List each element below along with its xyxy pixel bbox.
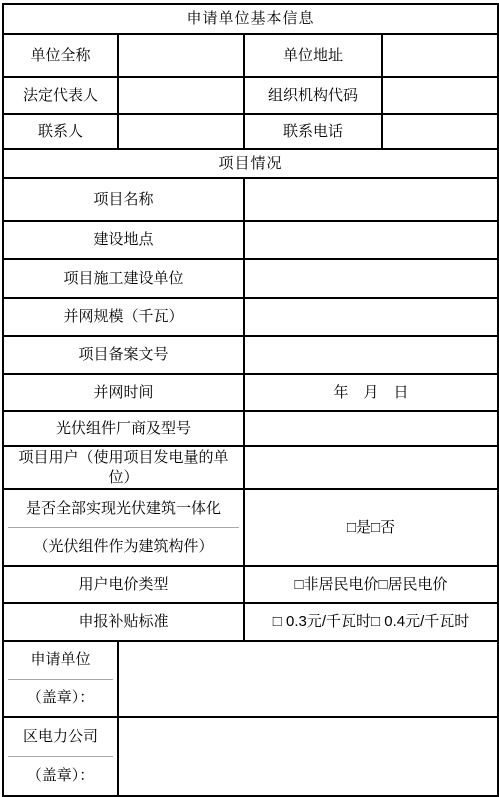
filing-number-label: 项目备案文号 [3, 336, 244, 374]
table-row: 是否全部实现光伏建筑一体化 （光伏组件作为建筑构件） □是□否 [3, 489, 498, 566]
bipv-label-line2: （光伏组件作为建筑构件） [8, 527, 239, 565]
subsidy-checkbox-0-4[interactable]: □ 0.4元/千瓦时 [371, 613, 469, 630]
construction-unit-input-cell[interactable] [244, 259, 498, 298]
grid-connection-date-input-cell[interactable]: 年 月 日 [244, 374, 498, 411]
table-row: 联系人 联系电话 [3, 114, 498, 149]
applicant-seal-input-cell[interactable] [118, 641, 498, 717]
table-row: 用户电价类型 □非居民电价□居民电价 [3, 566, 498, 603]
pv-module-model-label: 光伏组件厂商及型号 [3, 411, 244, 446]
price-type-label: 用户电价类型 [3, 566, 244, 603]
table-row: 项目用户（使用项目发电量的单位） [3, 446, 498, 489]
unit-full-name-label: 单位全称 [3, 34, 118, 77]
construction-site-label: 建设地点 [3, 221, 244, 259]
table-row: 项目施工建设单位 [3, 259, 498, 298]
filing-number-input-cell[interactable] [244, 336, 498, 374]
project-name-input-cell[interactable] [244, 178, 498, 221]
construction-unit-label: 项目施工建设单位 [3, 259, 244, 298]
table-row: 建设地点 [3, 221, 498, 259]
table-row: 并网时间 年 月 日 [3, 374, 498, 411]
project-user-input-cell[interactable] [244, 446, 498, 489]
table-row: 光伏组件厂商及型号 [3, 411, 498, 446]
bipv-options-cell: □是□否 [244, 489, 498, 566]
table-row: 申报补贴标准 □ 0.3元/千瓦时□ 0.4元/千瓦时 [3, 603, 498, 641]
table-row: 单位全称 单位地址 [3, 34, 498, 77]
project-user-label: 项目用户（使用项目发电量的单位） [3, 446, 244, 489]
table-row: 项目名称 [3, 178, 498, 221]
district-power-company-line1: 区电力公司 [8, 718, 113, 756]
applicant-seal-label: 申请单位 （盖章）： [3, 641, 118, 717]
bipv-label: 是否全部实现光伏建筑一体化 （光伏组件作为建筑构件） [3, 489, 244, 566]
unit-address-label: 单位地址 [244, 34, 382, 77]
bipv-checkbox-yes[interactable]: □是 [347, 519, 371, 536]
org-code-label: 组织机构代码 [244, 77, 382, 114]
table-row: 并网规模（千瓦） [3, 298, 498, 336]
project-name-label: 项目名称 [3, 178, 244, 221]
district-power-company-line2: （盖章）： [8, 756, 113, 795]
unit-full-name-input-cell[interactable] [118, 34, 244, 77]
contact-person-input-cell[interactable] [118, 114, 244, 149]
district-power-company-input-cell[interactable] [118, 717, 498, 796]
construction-site-input-cell[interactable] [244, 221, 498, 259]
legal-representative-label: 法定代表人 [3, 77, 118, 114]
section-header-basic-info: 申请单位基本信息 [3, 4, 498, 34]
subsidy-options-cell: □ 0.3元/千瓦时□ 0.4元/千瓦时 [244, 603, 498, 641]
grid-connection-date-label: 并网时间 [3, 374, 244, 411]
price-type-checkbox-non-resident[interactable]: □非居民电价 [294, 576, 378, 593]
application-form-table: 申请单位基本信息 单位全称 单位地址 法定代表人 组织机构代码 联系人 联系电话… [2, 3, 499, 797]
applicant-seal-line2: （盖章）： [8, 679, 113, 717]
district-power-company-seal-label: 区电力公司 （盖章）： [3, 717, 118, 796]
form-page: 申请单位基本信息 单位全称 单位地址 法定代表人 组织机构代码 联系人 联系电话… [0, 0, 499, 797]
grid-capacity-input-cell[interactable] [244, 298, 498, 336]
pv-module-model-input-cell[interactable] [244, 411, 498, 446]
org-code-input-cell[interactable] [382, 77, 498, 114]
grid-capacity-label: 并网规模（千瓦） [3, 298, 244, 336]
unit-address-input-cell[interactable] [382, 34, 498, 77]
section-header-project-info: 项目情况 [3, 149, 498, 178]
subsidy-checkbox-0-3[interactable]: □ 0.3元/千瓦时 [273, 613, 371, 630]
table-row: 区电力公司 （盖章）： [3, 717, 498, 796]
contact-person-label: 联系人 [3, 114, 118, 149]
table-row: 申请单位 （盖章）： [3, 641, 498, 717]
contact-phone-label: 联系电话 [244, 114, 382, 149]
table-row: 项目备案文号 [3, 336, 498, 374]
bipv-label-line1: 是否全部实现光伏建筑一体化 [8, 490, 239, 527]
bipv-checkbox-no[interactable]: □否 [371, 519, 395, 536]
price-type-checkbox-resident[interactable]: □居民电价 [379, 576, 448, 593]
contact-phone-input-cell[interactable] [382, 114, 498, 149]
price-type-options-cell: □非居民电价□居民电价 [244, 566, 498, 603]
subsidy-label: 申报补贴标准 [3, 603, 244, 641]
legal-representative-input-cell[interactable] [118, 77, 244, 114]
table-row: 法定代表人 组织机构代码 [3, 77, 498, 114]
applicant-seal-line1: 申请单位 [8, 642, 113, 679]
